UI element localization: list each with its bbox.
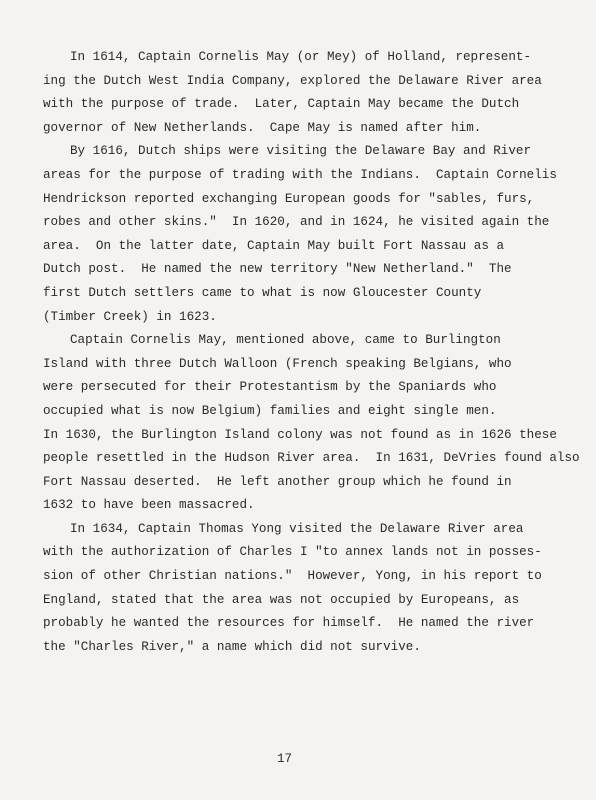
text-line: By 1616, Dutch ships were visiting the D… xyxy=(43,140,583,164)
text-line: robes and other skins." In 1620, and in … xyxy=(43,211,583,235)
text-line: 1632 to have been massacred. xyxy=(43,494,583,518)
text-line: area. On the latter date, Captain May bu… xyxy=(43,235,583,259)
text-line: In 1634, Captain Thomas Yong visited the… xyxy=(43,518,583,542)
text-line: governor of New Netherlands. Cape May is… xyxy=(43,117,583,141)
text-line: first Dutch settlers came to what is now… xyxy=(43,282,583,306)
text-line: sion of other Christian nations." Howeve… xyxy=(43,565,583,589)
text-line: were persecuted for their Protestantism … xyxy=(43,376,583,400)
text-line: probably he wanted the resources for him… xyxy=(43,612,583,636)
text-line: Captain Cornelis May, mentioned above, c… xyxy=(43,329,583,353)
text-line: In 1630, the Burlington Island colony wa… xyxy=(43,424,583,448)
text-line: In 1614, Captain Cornelis May (or Mey) o… xyxy=(43,46,583,70)
text-line: people resettled in the Hudson River are… xyxy=(43,447,583,471)
text-line: England, stated that the area was not oc… xyxy=(43,589,583,613)
text-line: Hendrickson reported exchanging European… xyxy=(43,188,583,212)
text-line: areas for the purpose of trading with th… xyxy=(43,164,583,188)
page-number: 17 xyxy=(277,752,292,766)
text-line: (Timber Creek) in 1623. xyxy=(43,306,583,330)
text-line: Island with three Dutch Walloon (French … xyxy=(43,353,583,377)
text-line: ing the Dutch West India Company, explor… xyxy=(43,70,583,94)
text-line: with the authorization of Charles I "to … xyxy=(43,541,583,565)
document-page: In 1614, Captain Cornelis May (or Mey) o… xyxy=(0,0,596,800)
text-line: with the purpose of trade. Later, Captai… xyxy=(43,93,583,117)
text-line: Dutch post. He named the new territory "… xyxy=(43,258,583,282)
text-line: occupied what is now Belgium) families a… xyxy=(43,400,583,424)
text-line: the "Charles River," a name which did no… xyxy=(43,636,583,660)
body-text: In 1614, Captain Cornelis May (or Mey) o… xyxy=(43,46,583,659)
text-line: Fort Nassau deserted. He left another gr… xyxy=(43,471,583,495)
